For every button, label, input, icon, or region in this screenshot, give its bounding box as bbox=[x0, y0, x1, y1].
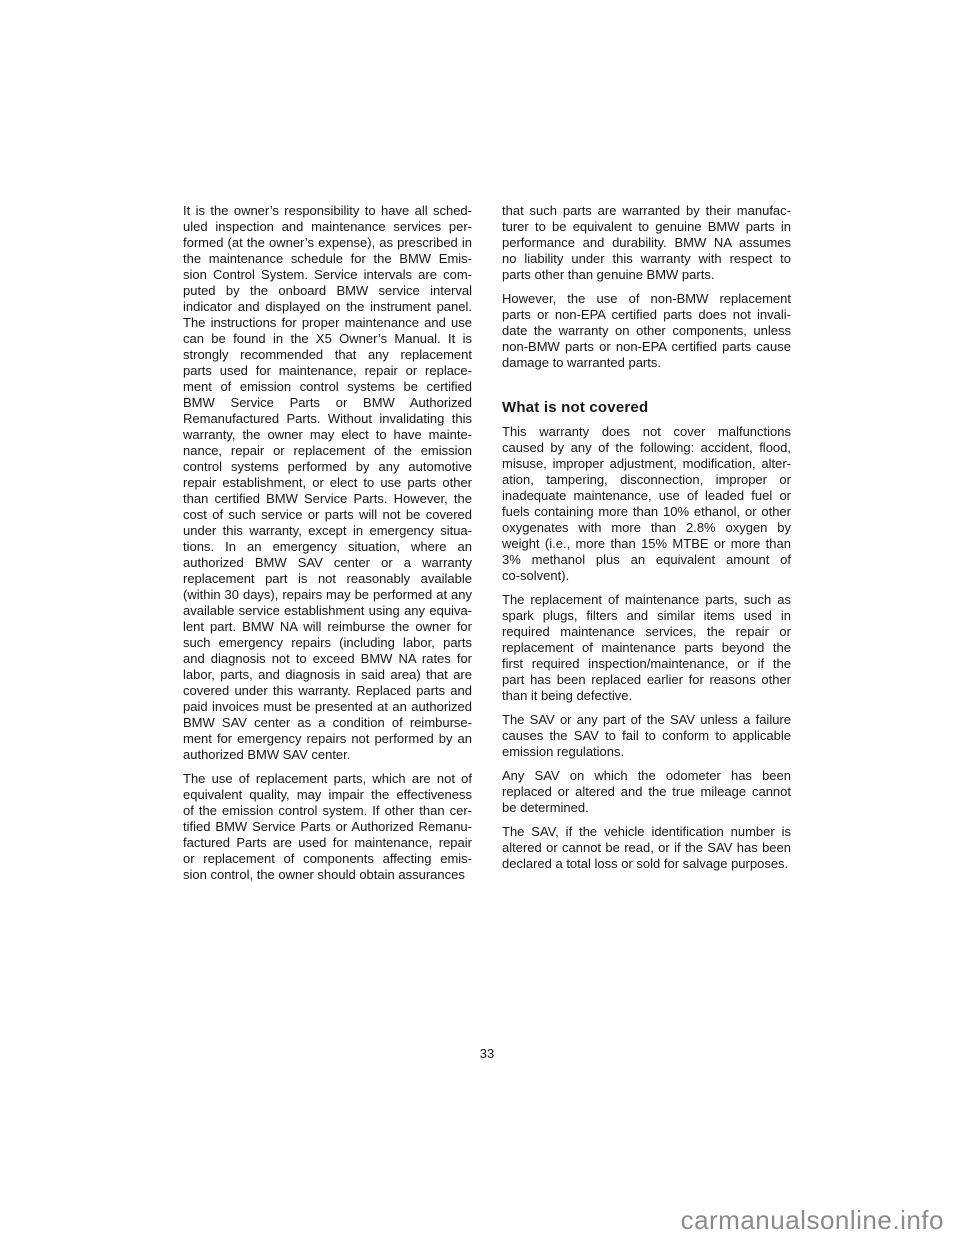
section-heading: What is not covered bbox=[502, 398, 791, 417]
text-line: factured Parts are used for maintenance,… bbox=[183, 835, 472, 851]
text-line: first required inspection/maintenance, o… bbox=[502, 656, 791, 672]
text-line: BMW SAV center as a condition of reimbur… bbox=[183, 715, 472, 731]
text-line: non-BMW parts or non-EPA certified parts… bbox=[502, 339, 791, 355]
document-page: It is the owner’s responsibility to have… bbox=[0, 0, 960, 1242]
text-line: replacement of maintenance parts beyond … bbox=[502, 640, 791, 656]
text-line: labor, parts, and diagnosis in said area… bbox=[183, 667, 472, 683]
text-line: indicator and displayed on the instrumen… bbox=[183, 299, 472, 315]
text-line: parts other than genuine BMW parts. bbox=[502, 267, 791, 283]
text-line: parts used for maintenance, repair or re… bbox=[183, 363, 472, 379]
text-line: part has been replaced earlier for reaso… bbox=[502, 672, 791, 688]
text-line: tions. In an emergency situation, where … bbox=[183, 539, 472, 555]
text-line: parts or non-EPA certified parts does no… bbox=[502, 307, 791, 323]
text-line: uled inspection and maintenance services… bbox=[183, 219, 472, 235]
text-line: strongly recommended that any replacemen… bbox=[183, 347, 472, 363]
text-line: replaced or altered and the true mileage… bbox=[502, 784, 791, 800]
text-line: ation, tampering, disconnection, imprope… bbox=[502, 472, 791, 488]
paragraph: It is the owner’s responsibility to have… bbox=[183, 203, 472, 763]
text-line: (within 30 days), repairs may be perform… bbox=[183, 587, 472, 603]
left-column: It is the owner’s responsibility to have… bbox=[183, 203, 472, 891]
text-line: repair establishment, or elect to use pa… bbox=[183, 475, 472, 491]
text-line: authorized BMW SAV center or a warranty bbox=[183, 555, 472, 571]
text-line: the maintenance schedule for the BMW Emi… bbox=[183, 251, 472, 267]
text-line: control systems performed by any automot… bbox=[183, 459, 472, 475]
text-line: fuels containing more than 10% ethanol, … bbox=[502, 504, 791, 520]
paragraph: The use of replacement parts, which are … bbox=[183, 771, 472, 883]
text-line: turer to be equivalent to genuine BMW pa… bbox=[502, 219, 791, 235]
text-line: or replacement of components affecting e… bbox=[183, 851, 472, 867]
text-line: lent part. BMW NA will reimburse the own… bbox=[183, 619, 472, 635]
text-line: required maintenance services, the repai… bbox=[502, 624, 791, 640]
text-line: and diagnosis not to exceed BMW NA rates… bbox=[183, 651, 472, 667]
text-line: altered or cannot be read, or if the SAV… bbox=[502, 840, 791, 856]
text-line: caused by any of the following: accident… bbox=[502, 440, 791, 456]
text-line: oxygenates with more than 2.8% oxygen by bbox=[502, 520, 791, 536]
text-line: 3% methanol plus an equivalent amount of bbox=[502, 552, 791, 568]
paragraph: Any SAV on which the odometer has beenre… bbox=[502, 768, 791, 816]
text-line: nance, repair or replacement of the emis… bbox=[183, 443, 472, 459]
text-line: This warranty does not cover malfunction… bbox=[502, 424, 791, 440]
text-line: puted by the onboard BMW service interva… bbox=[183, 283, 472, 299]
paragraph: This warranty does not cover malfunction… bbox=[502, 424, 791, 584]
text-line: damage to warranted parts. bbox=[502, 355, 791, 371]
paragraph: The SAV or any part of the SAV unless a … bbox=[502, 712, 791, 760]
text-line: spark plugs, filters and similar items u… bbox=[502, 608, 791, 624]
text-line: The SAV or any part of the SAV unless a … bbox=[502, 712, 791, 728]
text-line: sion Control System. Service intervals a… bbox=[183, 267, 472, 283]
text-line: BMW Service Parts or BMW Authorized bbox=[183, 395, 472, 411]
text-line: than certified BMW Service Parts. Howeve… bbox=[183, 491, 472, 507]
text-line: misuse, improper adjustment, modificatio… bbox=[502, 456, 791, 472]
text-line: be determined. bbox=[502, 800, 791, 816]
text-line: than it being defective. bbox=[502, 688, 791, 704]
text-line: no liability under this warranty with re… bbox=[502, 251, 791, 267]
text-line: paid invoices must be presented at an au… bbox=[183, 699, 472, 715]
text-line: such emergency repairs (including labor,… bbox=[183, 635, 472, 651]
text-line: The use of replacement parts, which are … bbox=[183, 771, 472, 787]
text-line: It is the owner’s responsibility to have… bbox=[183, 203, 472, 219]
paragraph: The replacement of maintenance parts, su… bbox=[502, 592, 791, 704]
paragraph: The SAV, if the vehicle identification n… bbox=[502, 824, 791, 872]
text-line: under this warranty, except in emergency… bbox=[183, 523, 472, 539]
paragraph: However, the use of non-BMW replacementp… bbox=[502, 291, 791, 371]
text-line: However, the use of non-BMW replacement bbox=[502, 291, 791, 307]
paragraph: that such parts are warranted by their m… bbox=[502, 203, 791, 283]
text-line: co-solvent). bbox=[502, 568, 791, 584]
text-line: formed (at the owner’s expense), as pres… bbox=[183, 235, 472, 251]
text-line: declared a total loss or sold for salvag… bbox=[502, 856, 791, 872]
text-line: The instructions for proper maintenance … bbox=[183, 315, 472, 331]
page-number: 33 bbox=[183, 1046, 791, 1062]
text-line: cost of such service or parts will not b… bbox=[183, 507, 472, 523]
text-line: that such parts are warranted by their m… bbox=[502, 203, 791, 219]
text-line: ment for emergency repairs not performed… bbox=[183, 731, 472, 747]
text-line: equivalent quality, may impair the effec… bbox=[183, 787, 472, 803]
text-line: can be found in the X5 Owner’s Manual. I… bbox=[183, 331, 472, 347]
text-line: emission regulations. bbox=[502, 744, 791, 760]
text-line: performance and durability. BMW NA assum… bbox=[502, 235, 791, 251]
right-column: that such parts are warranted by their m… bbox=[502, 203, 791, 891]
text-line: Any SAV on which the odometer has been bbox=[502, 768, 791, 784]
text-line: tified BMW Service Parts or Authorized R… bbox=[183, 819, 472, 835]
text-line: The replacement of maintenance parts, su… bbox=[502, 592, 791, 608]
text-line: authorized BMW SAV center. bbox=[183, 747, 472, 763]
text-line: inadequate maintenance, use of leaded fu… bbox=[502, 488, 791, 504]
text-line: covered under this warranty. Replaced pa… bbox=[183, 683, 472, 699]
text-line: weight (i.e., more than 15% MTBE or more… bbox=[502, 536, 791, 552]
text-line: Remanufactured Parts. Without invalidati… bbox=[183, 411, 472, 427]
text-line: date the warranty on other components, u… bbox=[502, 323, 791, 339]
text-line: warranty, the owner may elect to have ma… bbox=[183, 427, 472, 443]
text-line: causes the SAV to fail to conform to app… bbox=[502, 728, 791, 744]
text-line: ment of emission control systems be cert… bbox=[183, 379, 472, 395]
watermark: carmanualsonline.info bbox=[681, 1204, 944, 1236]
text-line: sion control, the owner should obtain as… bbox=[183, 867, 472, 883]
text-line: The SAV, if the vehicle identification n… bbox=[502, 824, 791, 840]
text-line: replacement part is not reasonably avail… bbox=[183, 571, 472, 587]
text-line: available service establishment using an… bbox=[183, 603, 472, 619]
text-line: of the emission control system. If other… bbox=[183, 803, 472, 819]
text-content: It is the owner’s responsibility to have… bbox=[183, 203, 791, 891]
